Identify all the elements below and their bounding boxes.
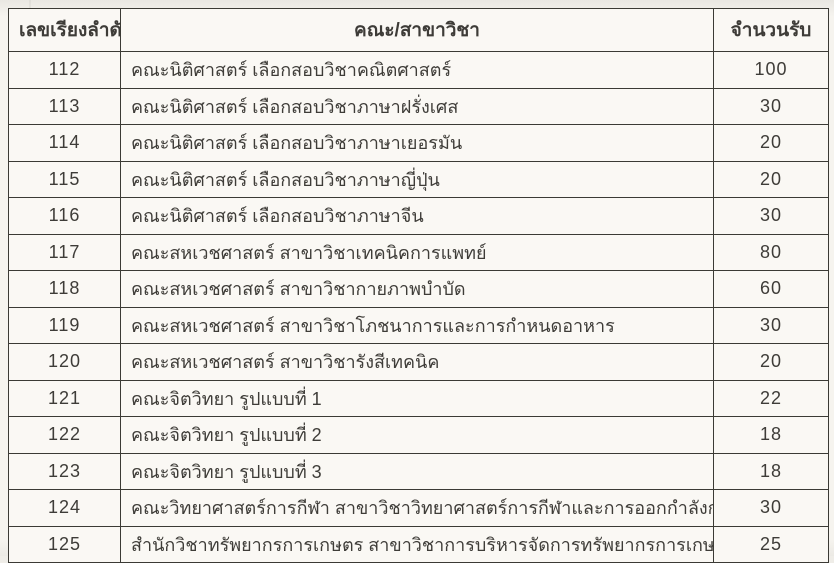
cell-faculty-program: คณะวิทยาศาสตร์การกีฬา สาขาวิชาวิทยาศาสตร… — [121, 490, 714, 527]
table-row: 115คณะนิติศาสตร์ เลือกสอบวิชาภาษาญี่ปุ่น… — [9, 161, 829, 198]
cell-faculty-program: คณะนิติศาสตร์ เลือกสอบวิชาคณิตศาสตร์ — [121, 52, 714, 89]
cell-sequence-number: 116 — [9, 198, 121, 235]
cell-quota: 22 — [714, 380, 829, 417]
cell-faculty-program: สำนักวิชาทรัพยากรการเกษตร สาขาวิชาการบริ… — [121, 526, 714, 556]
cell-sequence-number: 119 — [9, 307, 121, 344]
cell-faculty-program: คณะนิติศาสตร์ เลือกสอบวิชาภาษาญี่ปุ่น — [121, 161, 714, 198]
cell-quota: 80 — [714, 234, 829, 271]
header-row: เลขเรียงลำดับ คณะ/สาขาวิชา จำนวนรับ — [9, 9, 829, 52]
cell-faculty-program: คณะจิตวิทยา รูปแบบที่ 1 — [121, 380, 714, 417]
cell-quota: 20 — [714, 161, 829, 198]
table-row: 117คณะสหเวชศาสตร์ สาขาวิชาเทคนิคการแพทย์… — [9, 234, 829, 271]
cell-faculty-program: คณะนิติศาสตร์ เลือกสอบวิชาภาษาฝรั่งเศส — [121, 88, 714, 125]
cell-sequence-number: 125 — [9, 526, 121, 556]
scanned-document-page: เลขเรียงลำดับ คณะ/สาขาวิชา จำนวนรับ 112ค… — [0, 0, 834, 556]
table-row: 120คณะสหเวชศาสตร์ สาขาวิชารังสีเทคนิค20 — [9, 344, 829, 381]
cell-quota: 25 — [714, 526, 829, 556]
cell-faculty-program: คณะจิตวิทยา รูปแบบที่ 3 — [121, 453, 714, 490]
cell-faculty-program: คณะนิติศาสตร์ เลือกสอบวิชาภาษาจีน — [121, 198, 714, 235]
cell-quota: 30 — [714, 198, 829, 235]
cell-sequence-number: 121 — [9, 380, 121, 417]
table-row: 112คณะนิติศาสตร์ เลือกสอบวิชาคณิตศาสตร์1… — [9, 52, 829, 89]
cell-faculty-program: คณะจิตวิทยา รูปแบบที่ 2 — [121, 417, 714, 454]
cell-faculty-program: คณะสหเวชศาสตร์ สาขาวิชาเทคนิคการแพทย์ — [121, 234, 714, 271]
cell-quota: 30 — [714, 307, 829, 344]
admission-quota-table: เลขเรียงลำดับ คณะ/สาขาวิชา จำนวนรับ 112ค… — [8, 8, 829, 556]
cell-quota: 18 — [714, 453, 829, 490]
table-body: 112คณะนิติศาสตร์ เลือกสอบวิชาคณิตศาสตร์1… — [9, 52, 829, 557]
cell-sequence-number: 113 — [9, 88, 121, 125]
table-row: 114คณะนิติศาสตร์ เลือกสอบวิชาภาษาเยอรมัน… — [9, 125, 829, 162]
header-faculty-program: คณะ/สาขาวิชา — [121, 9, 714, 52]
cell-sequence-number: 120 — [9, 344, 121, 381]
table-row: 122คณะจิตวิทยา รูปแบบที่ 218 — [9, 417, 829, 454]
cell-quota: 20 — [714, 344, 829, 381]
header-sequence-number: เลขเรียงลำดับ — [9, 9, 121, 52]
cell-sequence-number: 123 — [9, 453, 121, 490]
cell-sequence-number: 114 — [9, 125, 121, 162]
cell-sequence-number: 115 — [9, 161, 121, 198]
table-row: 124คณะวิทยาศาสตร์การกีฬา สาขาวิชาวิทยาศา… — [9, 490, 829, 527]
cell-faculty-program: คณะสหเวชศาสตร์ สาขาวิชากายภาพบำบัด — [121, 271, 714, 308]
cell-faculty-program: คณะสหเวชศาสตร์ สาขาวิชาโภชนาการและการกำห… — [121, 307, 714, 344]
cell-quota: 30 — [714, 88, 829, 125]
table-row: 116คณะนิติศาสตร์ เลือกสอบวิชาภาษาจีน30 — [9, 198, 829, 235]
cell-sequence-number: 124 — [9, 490, 121, 527]
cell-sequence-number: 118 — [9, 271, 121, 308]
table-row: 123คณะจิตวิทยา รูปแบบที่ 318 — [9, 453, 829, 490]
header-quota: จำนวนรับ — [714, 9, 829, 52]
table-row: 121คณะจิตวิทยา รูปแบบที่ 122 — [9, 380, 829, 417]
cell-quota: 60 — [714, 271, 829, 308]
table-row: 118คณะสหเวชศาสตร์ สาขาวิชากายภาพบำบัด60 — [9, 271, 829, 308]
cell-quota: 30 — [714, 490, 829, 527]
cell-faculty-program: คณะนิติศาสตร์ เลือกสอบวิชาภาษาเยอรมัน — [121, 125, 714, 162]
cell-quota: 100 — [714, 52, 829, 89]
table-row: 113คณะนิติศาสตร์ เลือกสอบวิชาภาษาฝรั่งเศ… — [9, 88, 829, 125]
cell-faculty-program: คณะสหเวชศาสตร์ สาขาวิชารังสีเทคนิค — [121, 344, 714, 381]
table-row: 119คณะสหเวชศาสตร์ สาขาวิชาโภชนาการและการ… — [9, 307, 829, 344]
table-row: 125สำนักวิชาทรัพยากรการเกษตร สาขาวิชาการ… — [9, 526, 829, 556]
cell-sequence-number: 122 — [9, 417, 121, 454]
cell-sequence-number: 112 — [9, 52, 121, 89]
cell-sequence-number: 117 — [9, 234, 121, 271]
cell-quota: 18 — [714, 417, 829, 454]
cell-quota: 20 — [714, 125, 829, 162]
